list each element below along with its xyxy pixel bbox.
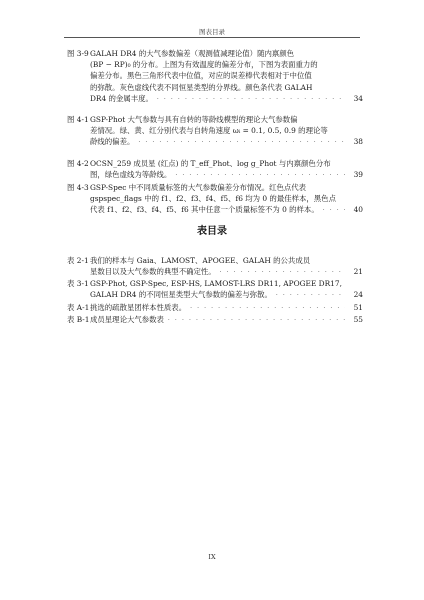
toc-entry-table-b-1[interactable]: 表 B-1 成员星理论大气参数表 55 <box>67 314 363 326</box>
leader-dots <box>276 290 345 301</box>
toc-entry-figure-4-2[interactable]: 图 4-2 OCSN_259 成员星 (红点) 的 T_eff_Phot、log… <box>67 158 363 181</box>
entry-line: GSP-Phot 大气参数与具有自转的等龄线模型的理论大气参数偏 <box>90 114 363 125</box>
leader-dots <box>220 267 345 278</box>
toc-entry-figure-4-1[interactable]: 图 4-1 GSP-Phot 大气参数与具有自转的等龄线模型的理论大气参数偏 差… <box>67 114 363 149</box>
entry-line: 星数目以及大气参数的典型不确定性。 <box>90 266 216 277</box>
entry-number: 表 2-1 <box>67 255 89 266</box>
toc-entry-table-a-1[interactable]: 表 A-1 挑选的疏散星团样本性质表。 51 <box>67 302 363 314</box>
entry-line: GSP-Phot, GSP-Spec, ESP-HS, LAMOST-LRS D… <box>90 278 363 289</box>
entry-line: 图，绿色虚线为等龄线。 <box>90 169 171 180</box>
entry-line: (BP − RP)₀ 的分布。上图为有效温度的偏差分布，下图为表面重力的 <box>90 59 363 70</box>
page-number: 51 <box>349 302 363 313</box>
leader-dots <box>157 94 345 105</box>
leader-dots <box>138 137 345 148</box>
entry-line: 的弥散。灰色虚线代表不同恒星类型的分界线。颜色条代表 GALAH <box>90 82 363 93</box>
entry-line: GALAH DR4 的大气参数偏差（观测值减理论值）随内禀颜色 <box>90 48 363 59</box>
toc-entry-table-2-1[interactable]: 表 2-1 我们的样本与 Gaia、LAMOST、APOGEE、GALAH 的公… <box>67 255 363 278</box>
entry-line: 我们的样本与 Gaia、LAMOST、APOGEE、GALAH 的公共成员 <box>90 255 363 266</box>
entry-line: OCSN_259 成员星 (红点) 的 T_eff_Phot、log g_Pho… <box>90 158 363 169</box>
entry-line: DR4 的金属丰度。 <box>90 93 153 104</box>
entry-number: 表 B-1 <box>67 314 90 325</box>
entry-line: 差情况。绿、黄、红分别代表与自转角速度 ωᵢ = 0.1, 0.5, 0.9 的… <box>90 125 363 136</box>
page-number: 24 <box>349 289 363 300</box>
page-number: 21 <box>349 266 363 277</box>
leader-dots <box>168 315 345 326</box>
entry-number: 图 3-9 <box>67 48 89 59</box>
entry-number: 表 3-1 <box>67 278 89 289</box>
page-folio: IX <box>0 553 424 561</box>
entry-line: GSP-Spec 中不同质量标签的大气参数偏差分布情况。红色点代表 <box>90 182 363 193</box>
toc-entry-figure-4-3[interactable]: 图 4-3 GSP-Spec 中不同质量标签的大气参数偏差分布情况。红色点代表 … <box>67 182 363 217</box>
entry-number: 图 4-1 <box>67 114 89 125</box>
page-number: 34 <box>349 93 363 104</box>
entry-line: 代表 f1、f2、f3、f4、f5、f6 其中任意一个质量标签不为 0 的样本。 <box>90 204 319 215</box>
page-number: 39 <box>349 169 363 180</box>
entry-line: GALAH DR4 的不同恒星类型大气参数的偏差与弥散。 <box>90 289 272 300</box>
leader-dots <box>175 170 345 181</box>
page-number: 38 <box>349 136 363 147</box>
page-number: 40 <box>349 204 363 215</box>
entry-line: 成员星理论大气参数表 <box>90 314 164 325</box>
header-rule <box>64 37 360 38</box>
leader-dots <box>323 205 345 216</box>
leader-dots <box>190 303 345 314</box>
entry-line: 挑选的疏散星团样本性质表。 <box>90 302 186 313</box>
toc-entry-figure-3-9[interactable]: 图 3-9 GALAH DR4 的大气参数偏差（观测值减理论值）随内禀颜色 (B… <box>67 48 363 105</box>
entry-line: gspspec_flags 中的 f1、f2、f3、f4、f5、f6 均为 0 … <box>90 193 363 204</box>
entry-line: 偏差分布。黑色三角形代表中位值，对应的误差棒代表相对于中位值 <box>90 70 363 81</box>
document-page: 图表目录 图 3-9 GALAH DR4 的大气参数偏差（观测值减理论值）随内禀… <box>0 0 424 600</box>
entry-number: 图 4-3 <box>67 182 89 193</box>
toc-entry-table-3-1[interactable]: 表 3-1 GSP-Phot, GSP-Spec, ESP-HS, LAMOST… <box>67 278 363 301</box>
section-title-list-of-tables: 表目录 <box>64 222 360 237</box>
entry-line: 龄线的偏差。 <box>90 136 134 147</box>
entry-number: 图 4-2 <box>67 158 89 169</box>
entry-number: 表 A-1 <box>67 302 89 313</box>
running-header: 图表目录 <box>64 27 360 36</box>
page-number: 55 <box>349 314 363 325</box>
